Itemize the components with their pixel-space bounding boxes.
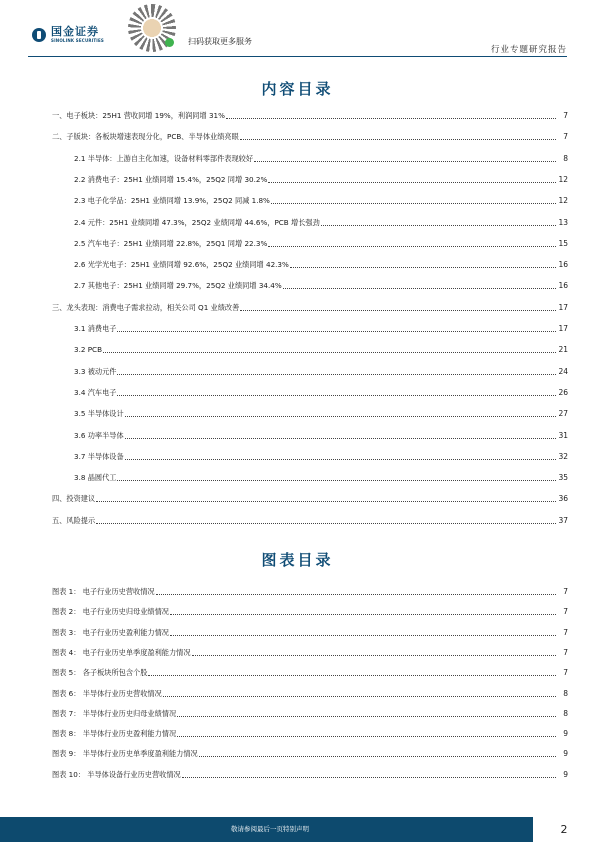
entry-label[interactable]: 三、龙头表现：消费电子需求拉动，相关公司 Q1 业绩改善 <box>52 302 239 314</box>
entry-label[interactable]: 图表 2： 电子行业历史归母业绩情况 <box>52 606 169 618</box>
dot-leader <box>240 138 556 140</box>
contents-title: 内容目录 <box>0 78 595 99</box>
figure-entry[interactable]: 图表 10： 半导体设备行业历史营收情况9 <box>52 769 568 781</box>
figure-entry[interactable]: 图表 1： 电子行业历史营收情况7 <box>52 586 568 598</box>
dot-leader <box>117 373 556 375</box>
toc-entry[interactable]: 3.5 半导体设计27 <box>74 408 568 420</box>
entry-label[interactable]: 图表 1： 电子行业历史营收情况 <box>52 586 155 598</box>
figures-title: 图表目录 <box>0 549 595 570</box>
entry-page-number[interactable]: 31 <box>558 430 568 442</box>
entry-label[interactable]: 图表 3： 电子行业历史盈利能力情况 <box>52 627 169 639</box>
toc-entry[interactable]: 2.2 消费电子：25H1 业绩同增 15.4%，25Q2 同增 30.2%12 <box>74 174 568 186</box>
page-header: 国金证券 SINOLINK SECURITIES 扫码获取更多服务 行业专题研究… <box>0 0 595 58</box>
toc-entry[interactable]: 2.4 元件：25H1 业绩同增 47.3%，25Q2 业绩同增 44.6%，P… <box>74 217 568 229</box>
entry-label[interactable]: 3.7 半导体设备 <box>74 451 124 463</box>
entry-label[interactable]: 图表 5： 各子板块所包含个股 <box>52 667 147 679</box>
dot-leader <box>117 394 556 396</box>
logo-mark-icon <box>32 28 46 42</box>
entry-label[interactable]: 3.8 晶圆代工 <box>74 472 116 484</box>
entry-page-number[interactable]: 7 <box>558 627 568 639</box>
toc-entry[interactable]: 五、风险提示37 <box>52 515 568 527</box>
logo-chinese-name: 国金证券 <box>51 26 104 37</box>
dot-leader <box>170 613 556 615</box>
entry-label[interactable]: 四、投资建议 <box>52 493 95 505</box>
dot-leader <box>199 755 556 757</box>
entry-page-number[interactable]: 27 <box>558 408 568 420</box>
entry-page-number[interactable]: 36 <box>558 493 568 505</box>
toc-entry[interactable]: 2.7 其他电子：25H1 业绩同增 29.7%，25Q2 业绩同增 34.4%… <box>74 280 568 292</box>
entry-label[interactable]: 2.4 元件：25H1 业绩同增 47.3%，25Q2 业绩同增 44.6%，P… <box>74 217 320 229</box>
dot-leader <box>226 117 556 119</box>
entry-page-number[interactable]: 16 <box>558 259 568 271</box>
entry-label[interactable]: 2.1 半导体：上游自主化加速，设备材料零部件表现较好 <box>74 153 253 165</box>
company-logo: 国金证券 SINOLINK SECURITIES <box>32 26 104 43</box>
dot-leader <box>240 309 556 311</box>
toc-entry[interactable]: 2.5 汽车电子：25H1 业绩同增 22.8%，25Q1 同增 22.3%15 <box>74 238 568 250</box>
entry-page-number[interactable]: 13 <box>558 217 568 229</box>
dot-leader <box>182 776 556 778</box>
report-type-label: 行业专题研究报告 <box>491 43 567 55</box>
figure-entry[interactable]: 图表 7： 半导体行业历史归母业绩情况8 <box>52 708 568 720</box>
dot-leader <box>156 593 556 595</box>
dot-leader <box>96 500 556 502</box>
qr-caption: 扫码获取更多服务 <box>188 36 252 47</box>
entry-label[interactable]: 2.7 其他电子：25H1 业绩同增 29.7%，25Q2 业绩同增 34.4% <box>74 280 282 292</box>
figure-entry[interactable]: 图表 9： 半导体行业历史单季度盈利能力情况9 <box>52 748 568 760</box>
dot-leader <box>163 695 556 697</box>
entry-page-number[interactable]: 21 <box>558 344 568 356</box>
entry-label[interactable]: 图表 9： 半导体行业历史单季度盈利能力情况 <box>52 748 198 760</box>
toc-entry[interactable]: 2.6 光学光电子：25H1 业绩同增 92.6%，25Q2 业绩同增 42.3… <box>74 259 568 271</box>
dot-leader <box>283 287 556 289</box>
toc-entry[interactable]: 四、投资建议36 <box>52 493 568 505</box>
entry-page-number[interactable]: 9 <box>558 728 568 740</box>
figure-entry[interactable]: 图表 5： 各子板块所包含个股7 <box>52 667 568 679</box>
entry-page-number[interactable]: 17 <box>558 323 568 335</box>
entry-label[interactable]: 2.2 消费电子：25H1 业绩同增 15.4%，25Q2 同增 30.2% <box>74 174 267 186</box>
toc-entry[interactable]: 2.3 电子化学品：25H1 业绩同增 13.9%，25Q2 同减 1.8%12 <box>74 195 568 207</box>
entry-page-number[interactable]: 12 <box>558 195 568 207</box>
entry-page-number[interactable]: 26 <box>558 387 568 399</box>
entry-label[interactable]: 图表 10： 半导体设备行业历史营收情况 <box>52 769 181 781</box>
dot-leader <box>103 351 556 353</box>
entry-page-number[interactable]: 32 <box>558 451 568 463</box>
entry-label[interactable]: 图表 8： 半导体行业历史盈利能力情况 <box>52 728 176 740</box>
toc-entry[interactable]: 3.3 被动元件24 <box>74 366 568 378</box>
entry-page-number[interactable]: 8 <box>558 153 568 165</box>
dot-leader <box>117 479 556 481</box>
figure-entry[interactable]: 图表 4： 电子行业历史单季度盈利能力情况7 <box>52 647 568 659</box>
entry-page-number[interactable]: 7 <box>558 110 568 122</box>
dot-leader <box>177 735 556 737</box>
dot-leader <box>321 224 556 226</box>
dot-leader <box>268 181 556 183</box>
entry-label[interactable]: 2.3 电子化学品：25H1 业绩同增 13.9%，25Q2 同减 1.8% <box>74 195 270 207</box>
toc-entry[interactable]: 二、子版块：各板块增速表现分化，PCB、半导体业绩亮眼7 <box>52 131 568 143</box>
entry-page-number[interactable]: 7 <box>558 586 568 598</box>
figure-entry[interactable]: 图表 8： 半导体行业历史盈利能力情况9 <box>52 728 568 740</box>
dot-leader <box>117 330 556 332</box>
dot-leader <box>177 715 556 717</box>
entry-label[interactable]: 3.5 半导体设计 <box>74 408 124 420</box>
entry-page-number[interactable]: 9 <box>558 748 568 760</box>
entry-label[interactable]: 图表 7： 半导体行业历史归母业绩情况 <box>52 708 176 720</box>
figure-entry[interactable]: 图表 2： 电子行业历史归母业绩情况7 <box>52 606 568 618</box>
entry-label[interactable]: 一、电子板块：25H1 营收同增 19%，利润同增 31% <box>52 110 225 122</box>
entry-page-number[interactable]: 37 <box>558 515 568 527</box>
entry-label[interactable]: 2.5 汽车电子：25H1 业绩同增 22.8%，25Q1 同增 22.3% <box>74 238 267 250</box>
entry-page-number[interactable]: 17 <box>558 302 568 314</box>
dot-leader <box>192 654 556 656</box>
page-number: 2 <box>533 817 595 842</box>
entry-label[interactable]: 3.6 功率半导体 <box>74 430 124 442</box>
entry-page-number[interactable]: 7 <box>558 131 568 143</box>
toc-entry[interactable]: 3.8 晶圆代工35 <box>74 472 568 484</box>
entry-page-number[interactable]: 7 <box>558 606 568 618</box>
dot-leader <box>125 415 556 417</box>
dot-leader <box>290 266 556 268</box>
toc-entry[interactable]: 3.1 消费电子17 <box>74 323 568 335</box>
dot-leader <box>96 522 556 524</box>
logo-english-name: SINOLINK SECURITIES <box>51 39 104 43</box>
dot-leader <box>254 160 556 162</box>
entry-label[interactable]: 图表 6： 半导体行业历史营收情况 <box>52 688 162 700</box>
header-divider <box>28 56 567 57</box>
dot-leader <box>170 634 556 636</box>
dot-leader <box>125 458 556 460</box>
entry-page-number[interactable]: 9 <box>558 769 568 781</box>
dot-leader <box>271 202 556 204</box>
entry-label[interactable]: 3.2 PCB <box>74 344 102 356</box>
disclaimer-note: 敬请参阅最后一页特别声明 <box>0 824 540 833</box>
toc-entry[interactable]: 3.6 功率半导体31 <box>74 430 568 442</box>
entry-page-number[interactable]: 8 <box>558 688 568 700</box>
entry-page-number[interactable]: 7 <box>558 647 568 659</box>
page-footer: 敬请参阅最后一页特别声明 2 <box>0 817 595 842</box>
entry-page-number[interactable]: 12 <box>558 174 568 186</box>
entry-page-number[interactable]: 8 <box>558 708 568 720</box>
entry-label[interactable]: 3.4 汽车电子 <box>74 387 116 399</box>
dot-leader <box>125 437 556 439</box>
entry-label[interactable]: 3.3 被动元件 <box>74 366 116 378</box>
entry-label[interactable]: 二、子版块：各板块增速表现分化，PCB、半导体业绩亮眼 <box>52 131 239 143</box>
toc-entry[interactable]: 3.4 汽车电子26 <box>74 387 568 399</box>
entry-page-number[interactable]: 15 <box>558 238 568 250</box>
entry-page-number[interactable]: 7 <box>558 667 568 679</box>
toc-entry[interactable]: 三、龙头表现：消费电子需求拉动，相关公司 Q1 业绩改善17 <box>52 302 568 314</box>
dot-leader <box>148 674 556 676</box>
entry-label[interactable]: 3.1 消费电子 <box>74 323 116 335</box>
entry-page-number[interactable]: 24 <box>558 366 568 378</box>
entry-page-number[interactable]: 35 <box>558 472 568 484</box>
dot-leader <box>268 245 556 247</box>
wechat-badge-icon <box>165 38 174 47</box>
entry-label[interactable]: 2.6 光学光电子：25H1 业绩同增 92.6%，25Q2 业绩同增 42.3… <box>74 259 289 271</box>
toc-entry[interactable]: 2.1 半导体：上游自主化加速，设备材料零部件表现较好8 <box>74 153 568 165</box>
toc-entry[interactable]: 3.2 PCB21 <box>74 344 568 356</box>
entry-label[interactable]: 五、风险提示 <box>52 515 95 527</box>
toc-entry[interactable]: 一、电子板块：25H1 营收同增 19%，利润同增 31%7 <box>52 110 568 122</box>
figure-entry[interactable]: 图表 6： 半导体行业历史营收情况8 <box>52 688 568 700</box>
entry-label[interactable]: 图表 4： 电子行业历史单季度盈利能力情况 <box>52 647 191 659</box>
entry-page-number[interactable]: 16 <box>558 280 568 292</box>
toc-entry[interactable]: 3.7 半导体设备32 <box>74 451 568 463</box>
figure-entry[interactable]: 图表 3： 电子行业历史盈利能力情况7 <box>52 627 568 639</box>
